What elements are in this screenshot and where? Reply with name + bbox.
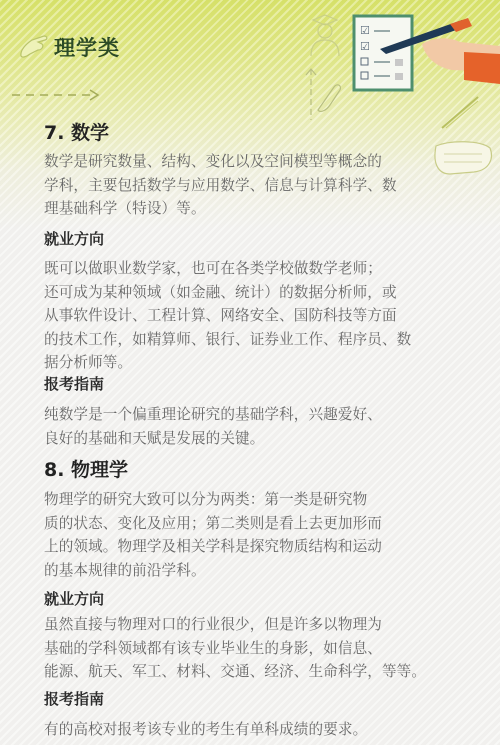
career-text-math: 既可以做职业数学家，也可在各类学校做数学老师； 还可成为某种领域（如金融、统计）… <box>44 257 454 375</box>
guide-text-math: 纯数学是一个偏重理论研究的基础学科，兴趣爱好、 良好的基础和天赋是发展的关键。 <box>44 403 454 450</box>
graduate-icon <box>305 14 345 58</box>
guide-heading-physics: 报考指南 <box>44 688 104 709</box>
svg-text:☑: ☑ <box>360 40 370 53</box>
career-text-physics: 虽然直接与物理对口的行业很少，但是许多以物理为 基础的学科领域都有该专业毕业生的… <box>44 613 454 684</box>
career-heading-math: 就业方向 <box>44 228 104 249</box>
svg-text:☑: ☑ <box>360 24 370 37</box>
drawing-hand-icon <box>300 65 350 120</box>
career-heading-physics: 就业方向 <box>44 588 104 609</box>
section-description-physics: 物理学的研究大致可以分为两类：第一类是研究物 质的状态、变化及应用；第二类则是看… <box>44 488 454 582</box>
pointing-hand-icon <box>18 30 50 60</box>
section-title-math: 7. 数学 <box>44 118 109 145</box>
pencil-icon <box>440 95 480 130</box>
section-title-physics: 8. 物理学 <box>44 455 128 482</box>
category-title: 理学类 <box>54 32 120 62</box>
category-header: 理学类 ☑ ☑ <box>0 0 500 115</box>
checklist-icon: ☑ ☑ <box>352 14 500 94</box>
section-description-math: 数学是研究数量、结构、变化以及空间模型等概念的 学科，主要包括数学与应用数学、信… <box>44 150 454 221</box>
guide-heading-math: 报考指南 <box>44 373 104 394</box>
guide-text-physics: 有的高校对报考该专业的考生有单科成绩的要求。 <box>44 718 454 742</box>
dashed-arrow-icon <box>12 88 100 102</box>
